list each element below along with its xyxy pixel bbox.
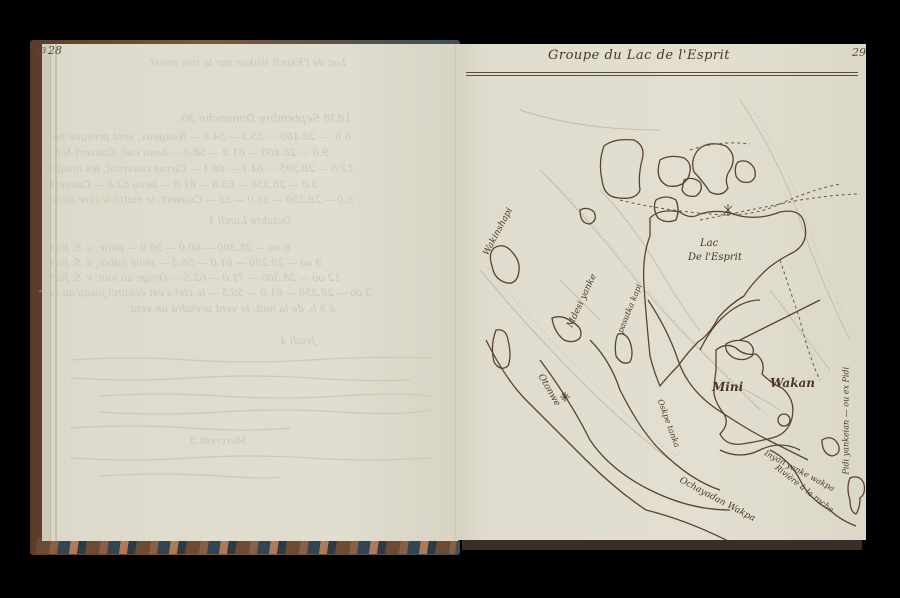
- label-pidi-yankeian: Pidi yankeian — ou ex Pidi: [842, 367, 851, 475]
- ghost-line: 9 oo — 28.286 — 61.0 — 56.5 — pluie faib…: [50, 258, 322, 269]
- ghost-header: Lac de l'Esprit Wakan sur la rive ouest: [150, 58, 346, 69]
- page-number-left: 28: [48, 44, 62, 57]
- ghost-line: 6.0 — 28.350 — 56.0 — 55 — Couvert, le m…: [50, 195, 353, 206]
- ghost-line: à 9 h. de la nuit, le vent prendra un ve…: [130, 304, 335, 315]
- ghost-line: 6 h. — 28.400 — 55.5 — 54.0 — Nuageux, v…: [46, 132, 351, 143]
- label-lac: Lac: [700, 238, 718, 249]
- ghost-scribbles: [40, 340, 460, 500]
- ghost-line: 9.0 — 28.400 — 61.0 — 58.0 — beau ciel, …: [50, 148, 328, 159]
- page-number-margin: 13: [36, 46, 46, 55]
- hill-hachures: [480, 100, 856, 460]
- open-notebook: 13 28 Lac de l'Esprit Wakan sur la rive …: [0, 0, 900, 598]
- label-wakan: Wakan: [770, 376, 815, 390]
- ghost-line: 3 oo — 28.350 — 61.0 — 56.5 — le ciel s'…: [40, 288, 372, 299]
- page-number-right: 29: [852, 46, 866, 59]
- ghost-line: 3.0 — 28.350 — 63.0 — 61.0 — beau 62.8 —…: [50, 180, 318, 191]
- ghost-line: 12 oo — 28.300 — 71.0 — 62.5 — Orage au …: [50, 273, 340, 284]
- ghost-line: Octobre Lundi 1.: [205, 216, 291, 227]
- cover-bottom-right: [462, 540, 862, 550]
- ghost-line: 1838 Septembre Dimanche 30.: [178, 112, 351, 125]
- label-mini: Mini: [712, 380, 743, 394]
- label-de-lesprit: De l'Esprit: [688, 252, 742, 263]
- ghost-line: 6 oo — 28.300 — 60.0 — 56.0 — pluie, v. …: [50, 243, 290, 254]
- map-title: Groupe du Lac de l'Esprit: [548, 48, 730, 63]
- ghost-line: 12.0 — 28.395 — 64.1 — 60.1 — Cirrus cou…: [46, 164, 353, 175]
